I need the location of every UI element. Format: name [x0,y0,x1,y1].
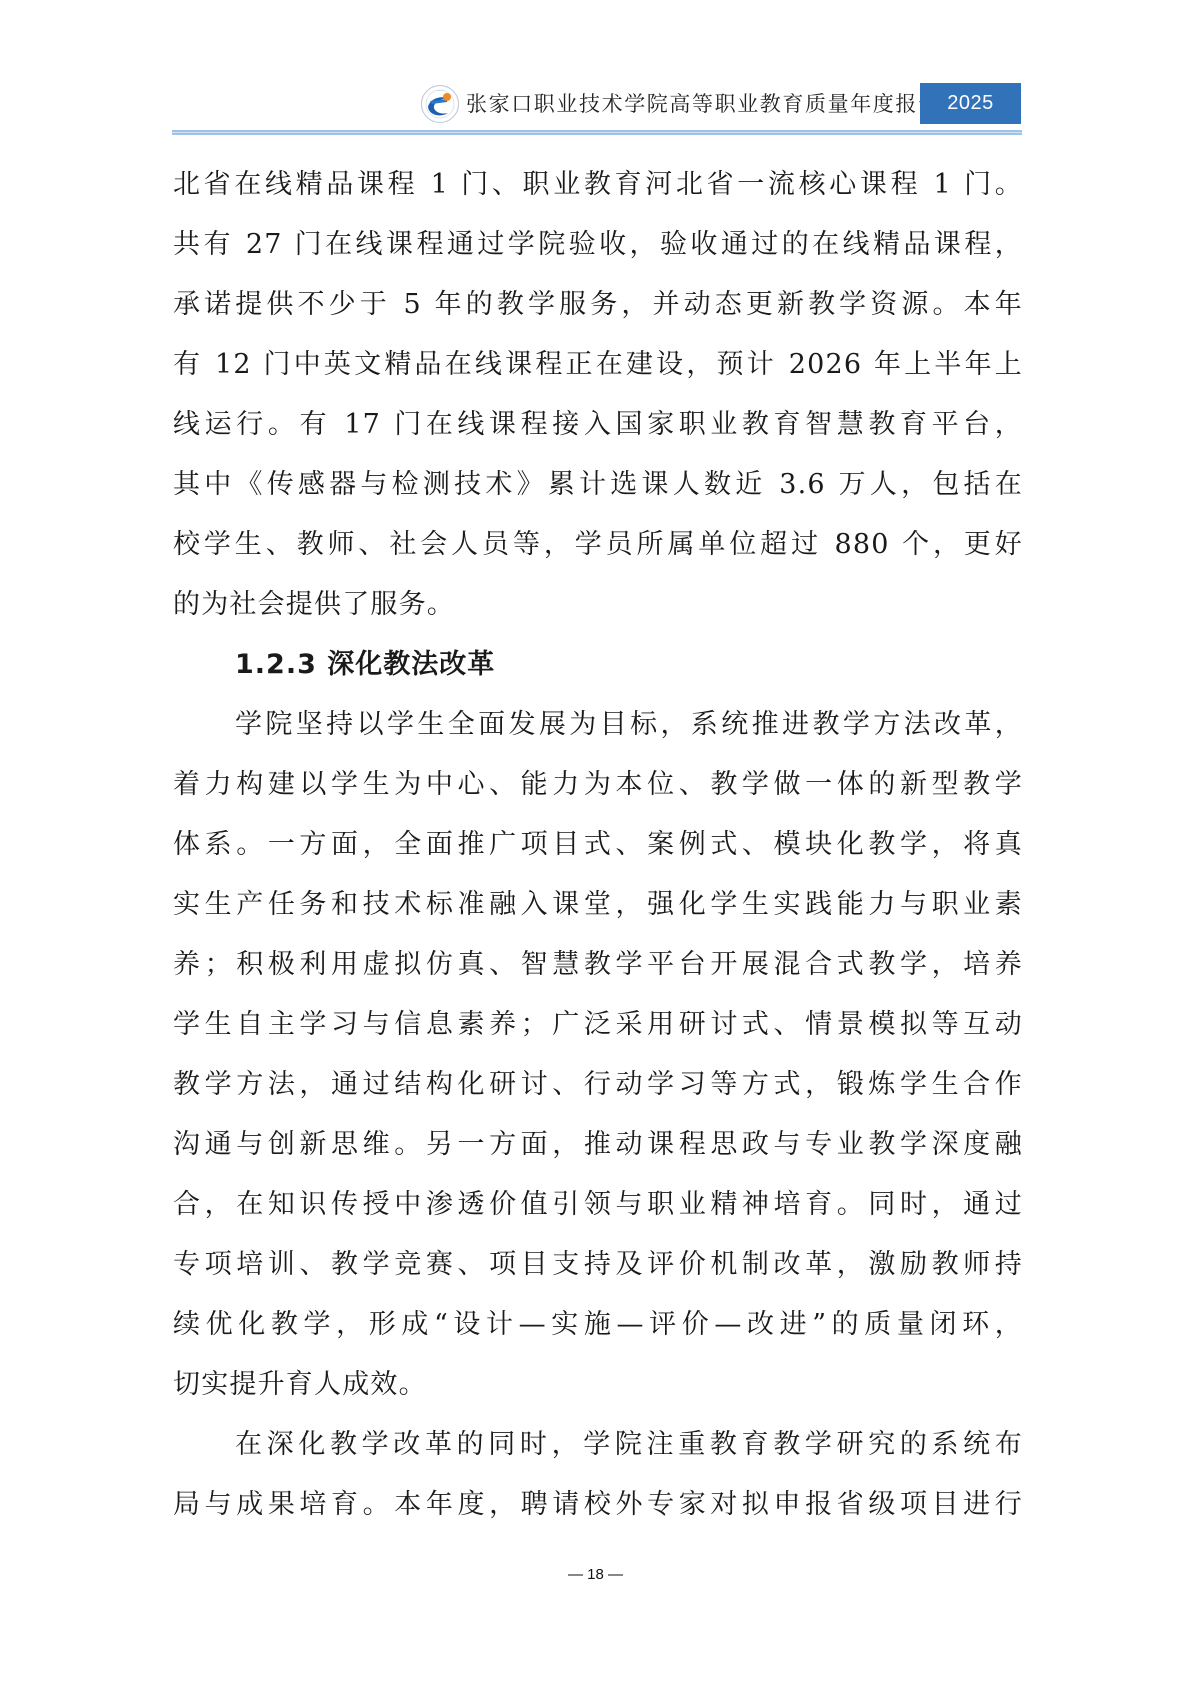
text-line: 学院坚持以学生全面发展为目标，系统推进教学方法改革， [173,695,1023,755]
text-line: 共有 27 门在线课程通过学院验收，验收通过的在线精品课程， [173,215,1023,275]
text-line: 在深化教学改革的同时，学院注重教育教学研究的系统布 [173,1415,1023,1475]
text-line: 专项培训、教学竞赛、项目支持及评价机制改革，激励教师持 [173,1235,1023,1295]
report-title: 张家口职业技术学院高等职业教育质量年度报告 [466,88,941,118]
text-line: 局与成果培育。本年度，聘请校外专家对拟申报省级项目进行 [173,1475,1023,1535]
page-content: 北省在线精品课程 1 门、职业教育河北省一流核心课程 1 门。 共有 27 门在… [173,155,1023,1535]
text-line: 切实提升育人成效。 [173,1355,1023,1415]
text-line: 学生自主学习与信息素养；广泛采用研讨式、情景模拟等互动 [173,995,1023,1055]
section-heading: 1.2.3 深化教法改革 [173,635,1023,695]
text-line: 的为社会提供了服务。 [173,575,1023,635]
page-number: — 18 — [0,1566,1191,1583]
page-header: ····· 张家口职业技术学院高等职业教育质量年度报告 2025 [0,0,1191,140]
text-line: 校学生、教师、社会人员等，学员所属单位超过 880 个，更好 [173,515,1023,575]
text-line: 教学方法，通过结构化研讨、行动学习等方式，锻炼学生合作 [173,1055,1023,1115]
paragraph-research: 在深化教学改革的同时，学院注重教育教学研究的系统布 局与成果培育。本年度，聘请校… [173,1415,1023,1535]
text-line: 合，在知识传授中渗透价值引领与职业精神培育。同时，通过 [173,1175,1023,1235]
header-divider [172,130,1022,135]
text-line: 有 12 门中英文精品在线课程正在建设，预计 2026 年上半年上 [173,335,1023,395]
text-line: 沟通与创新思维。另一方面，推动课程思政与专业教学深度融 [173,1115,1023,1175]
svg-text:·····: ····· [437,89,443,93]
text-line: 北省在线精品课程 1 门、职业教育河北省一流核心课程 1 门。 [173,155,1023,215]
text-line: 线运行。有 17 门在线课程接入国家职业教育智慧教育平台， [173,395,1023,455]
paragraph-teaching-reform: 学院坚持以学生全面发展为目标，系统推进教学方法改革， 着力构建以学生为中心、能力… [173,695,1023,1415]
college-emblem-icon: ····· [420,84,460,124]
text-line: 其中《传感器与检测技术》累计选课人数近 3.6 万人，包括在 [173,455,1023,515]
text-line: 体系。一方面，全面推广项目式、案例式、模块化教学，将真 [173,815,1023,875]
text-line: 承诺提供不少于 5 年的教学服务，并动态更新教学资源。本年 [173,275,1023,335]
text-line: 养；积极利用虚拟仿真、智慧教学平台开展混合式教学，培养 [173,935,1023,995]
year-badge: 2025 [920,83,1021,124]
paragraph-online-courses: 北省在线精品课程 1 门、职业教育河北省一流核心课程 1 门。 共有 27 门在… [173,155,1023,635]
text-line: 续优化教学，形成“设计—实施—评价—改进”的质量闭环， [173,1295,1023,1355]
text-line: 实生产任务和技术标准融入课堂，强化学生实践能力与职业素 [173,875,1023,935]
text-line: 着力构建以学生为中心、能力为本位、教学做一体的新型教学 [173,755,1023,815]
